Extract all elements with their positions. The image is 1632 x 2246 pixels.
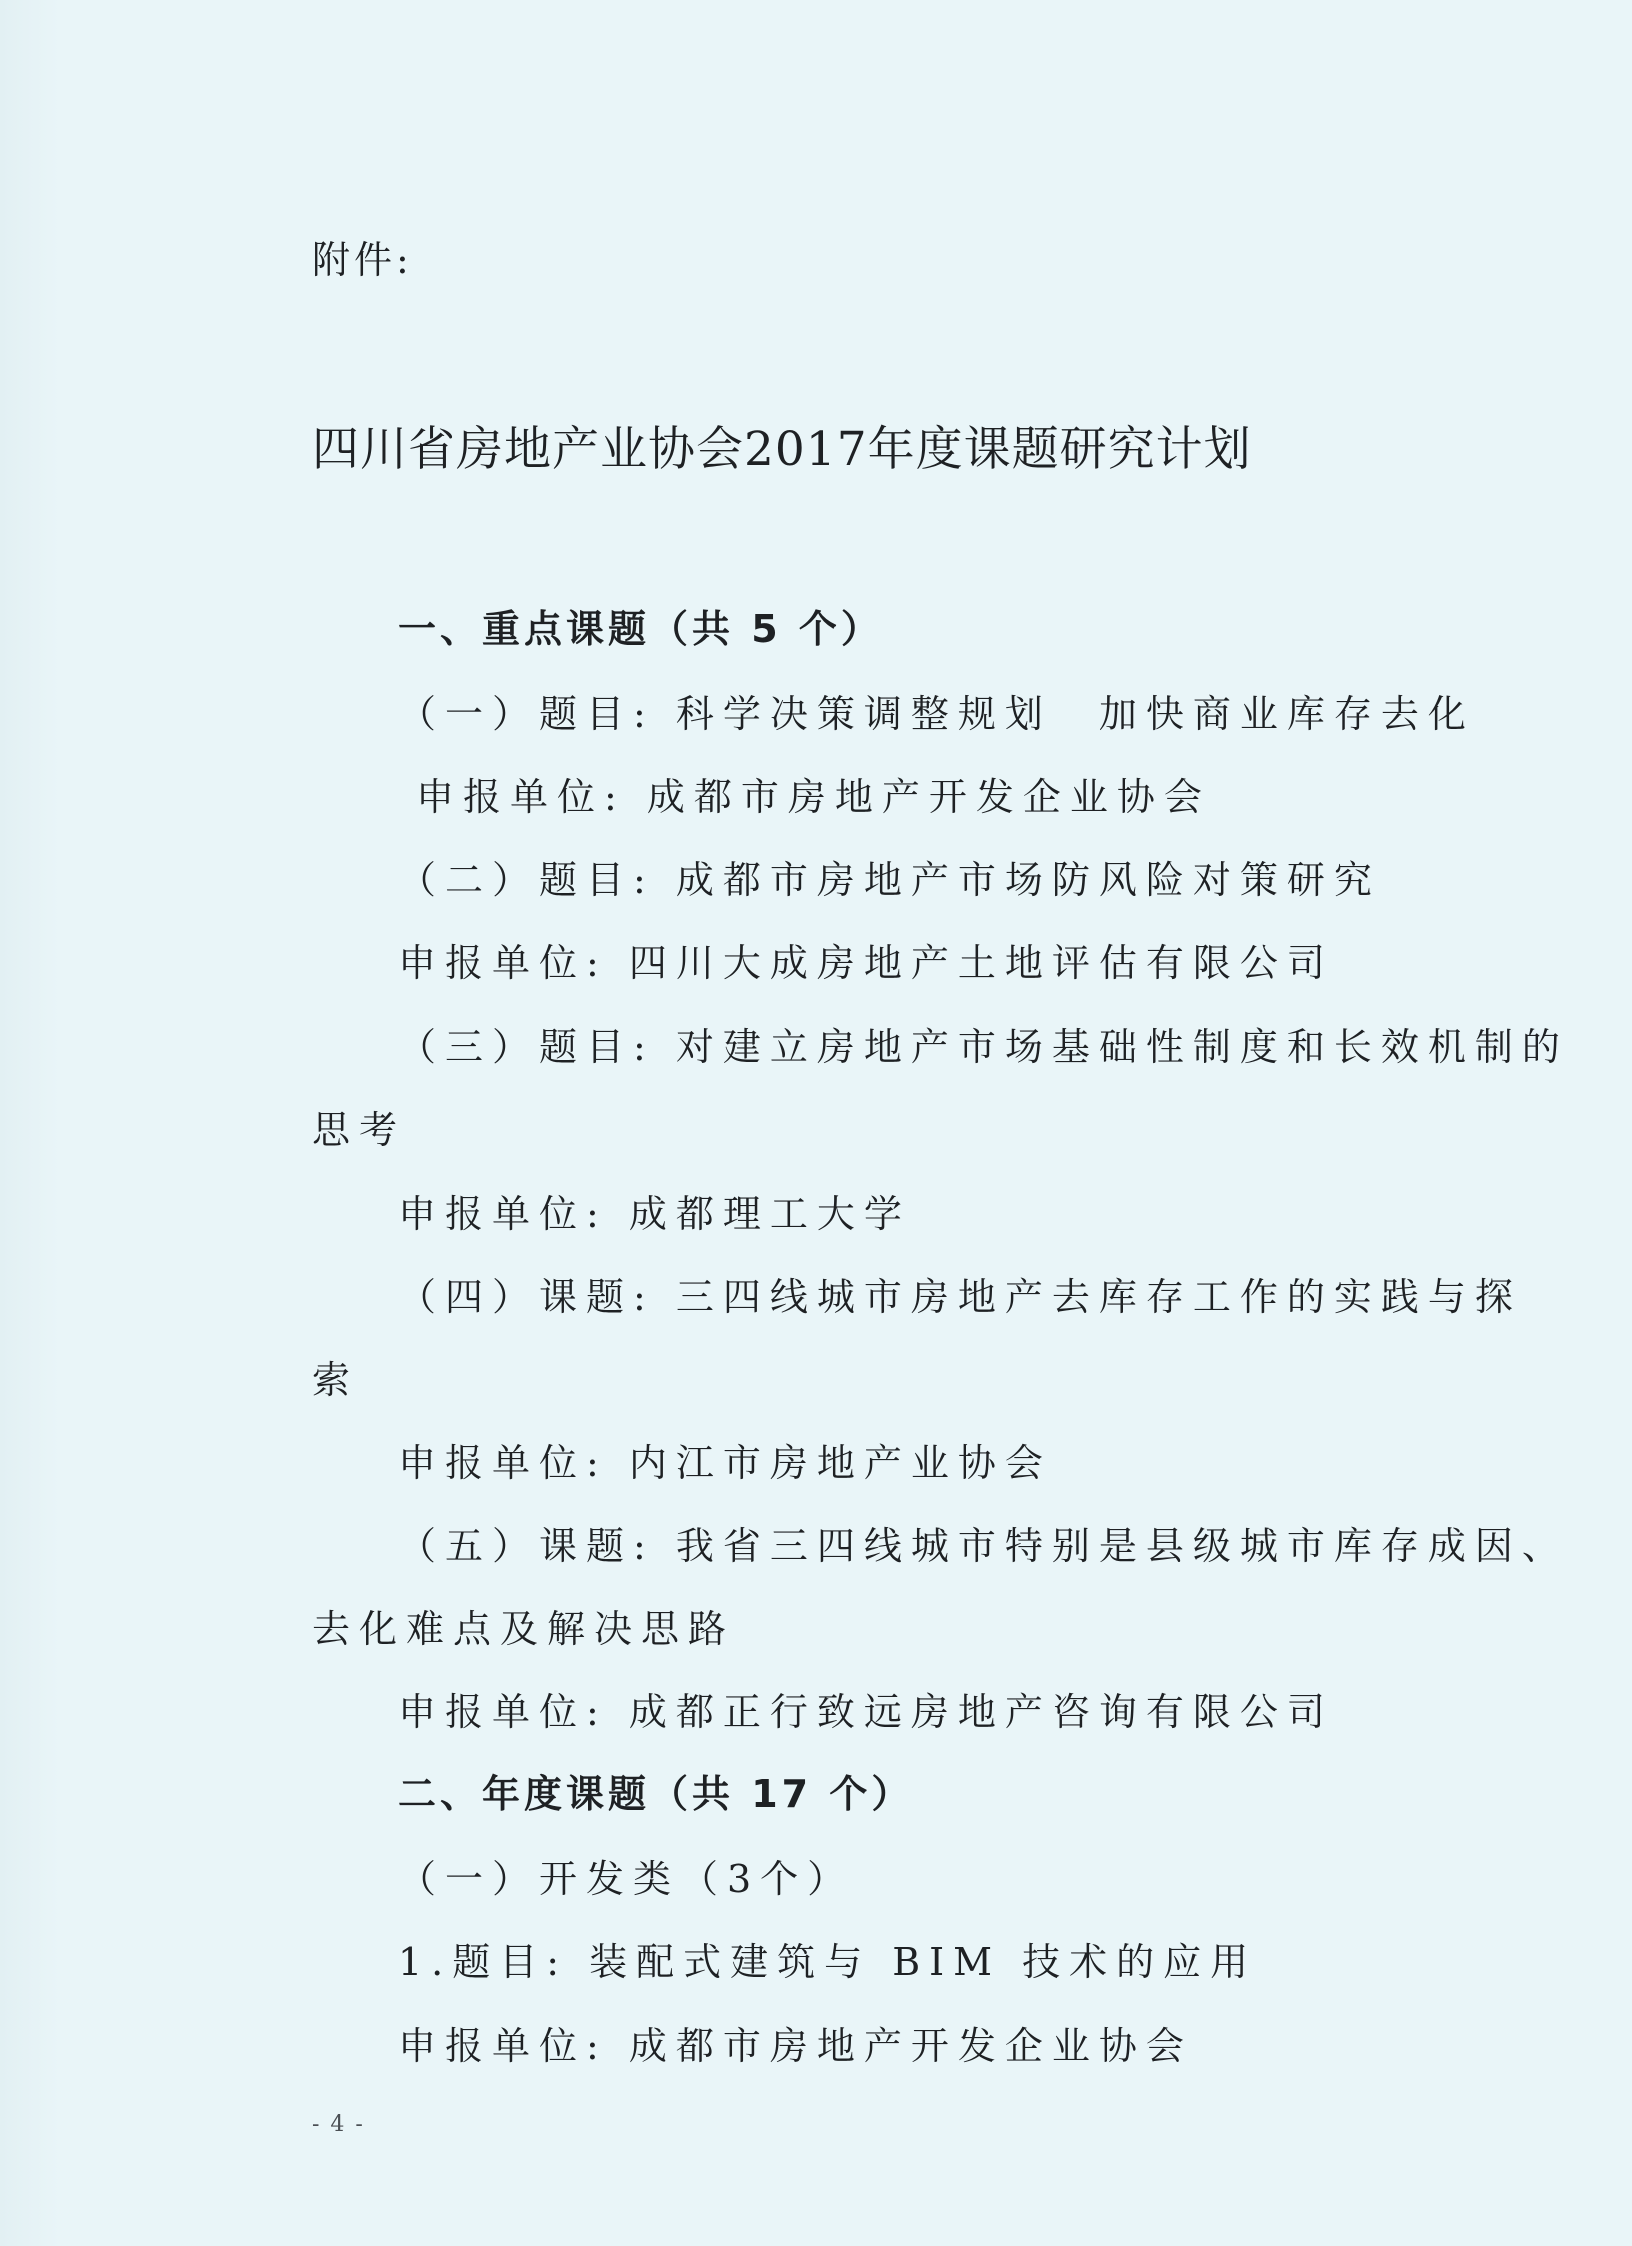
key-topic-3-title-continuation: 思考 xyxy=(312,1106,406,1154)
key-topic-4-title: （四）课题: 三四线城市房地产去库存工作的实践与探 xyxy=(398,1273,1522,1321)
key-topic-4-title-continuation: 索 xyxy=(312,1356,359,1404)
scan-edge-shade xyxy=(0,0,60,2246)
key-topic-3-title: （三）题目: 对建立房地产市场基础性制度和长效机制的 xyxy=(398,1023,1569,1071)
key-topic-2-unit: 申报单位: 四川大成房地产土地评估有限公司 xyxy=(398,939,1334,987)
subsection-development: （一）开发类（3个） xyxy=(398,1855,854,1903)
key-topic-5-title-continuation: 去化难点及解决思路 xyxy=(312,1605,735,1653)
key-topic-5-title: （五）课题: 我省三四线城市特别是县级城市库存成因、 xyxy=(398,1522,1569,1570)
document-title: 四川省房地产业协会2017年度课题研究计划 xyxy=(312,420,1252,480)
section-heading-annual-topics: 二、年度课题（共 17 个） xyxy=(398,1770,913,1818)
key-topic-3-unit: 申报单位: 成都理工大学 xyxy=(398,1190,911,1238)
page-number: - 4 - xyxy=(312,2112,365,2137)
annual-topic-1-unit: 申报单位: 成都市房地产开发企业协会 xyxy=(398,2022,1193,2070)
attachment-label: 附件: xyxy=(312,236,413,284)
key-topic-2-title: （二）题目: 成都市房地产市场防风险对策研究 xyxy=(398,856,1381,904)
key-topic-1-unit: 申报单位: 成都市房地产开发企业协会 xyxy=(416,773,1211,821)
section-heading-key-topics: 一、重点课题（共 5 个） xyxy=(398,605,883,653)
key-topic-1-title: （一）题目: 科学决策调整规划 加快商业库存去化 xyxy=(398,690,1475,738)
key-topic-5-unit: 申报单位: 成都正行致远房地产咨询有限公司 xyxy=(398,1688,1334,1736)
key-topic-4-unit: 申报单位: 内江市房地产业协会 xyxy=(398,1439,1052,1487)
annual-topic-1-title: 1.题目: 装配式建筑与 BIM 技术的应用 xyxy=(398,1938,1257,1986)
